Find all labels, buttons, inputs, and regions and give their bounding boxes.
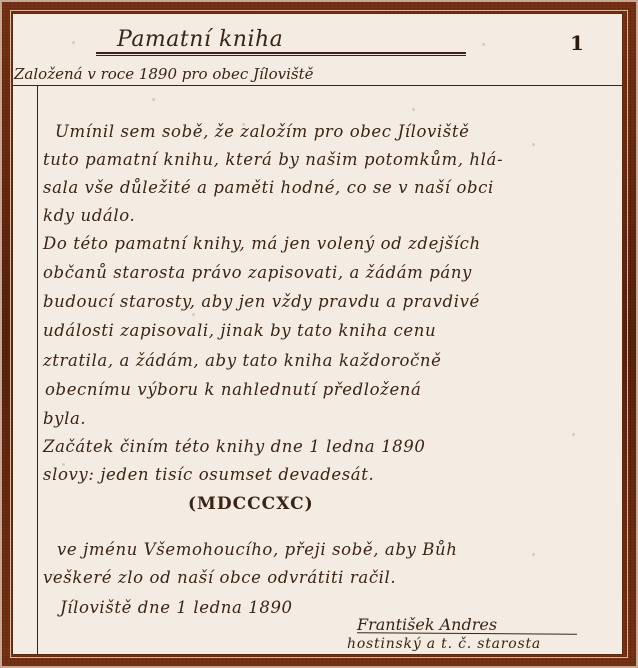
subtitle-rule bbox=[12, 85, 623, 86]
page-subtitle: Založená v roce 1890 pro obec Jíloviště bbox=[14, 65, 314, 83]
paper-speck bbox=[482, 43, 485, 46]
page-title: Pamatní kniha bbox=[117, 27, 283, 52]
text-line: Do této pamatní knihy, má jen volený od … bbox=[43, 234, 481, 253]
place-date-line: Jíloviště dne 1 ledna 1890 bbox=[60, 598, 293, 617]
roman-year: (MDCCCXC) bbox=[188, 494, 314, 514]
margin-line bbox=[37, 85, 38, 655]
page-number: 1 bbox=[570, 31, 584, 55]
text-line: Umínil sem sobě, že založím pro obec Jíl… bbox=[55, 122, 469, 141]
text-line: veškeré zlo od naší obce odvrátiti račil… bbox=[43, 568, 396, 587]
paper-speck bbox=[412, 108, 415, 111]
text-line: ztratila, a žádám, aby tato kniha každor… bbox=[43, 351, 441, 370]
paper-speck bbox=[532, 143, 535, 146]
text-line: kdy událo. bbox=[43, 206, 135, 225]
text-line: budoucí starosty, aby jen vždy pravdu a … bbox=[43, 292, 480, 311]
text-line: ve jménu Všemohoucího, přeji sobě, aby B… bbox=[57, 540, 457, 559]
text-line: Začátek činím této knihy dne 1 ledna 189… bbox=[43, 437, 425, 456]
text-line: sala vše důležité a paměti hodné, co se … bbox=[43, 178, 494, 197]
document-page: Pamatní kniha 1 Založená v roce 1890 pro… bbox=[12, 13, 623, 655]
title-underline-thin bbox=[96, 55, 466, 56]
title-underline bbox=[96, 52, 466, 54]
text-line: slovy: jeden tisíc osumset devadesát. bbox=[43, 465, 374, 484]
paper-speck bbox=[72, 41, 75, 44]
text-line: obecnímu výboru k nahlednutí předložená bbox=[45, 380, 421, 399]
signature-name: František Andres bbox=[357, 615, 497, 634]
paper-speck bbox=[192, 313, 195, 316]
paper-speck bbox=[152, 98, 155, 101]
signature-role: hostinský a t. č. starosta bbox=[347, 636, 541, 652]
paper-speck bbox=[532, 553, 535, 556]
text-line: občanů starosta právo zapisovati, a žádá… bbox=[43, 263, 472, 282]
paper-speck bbox=[572, 433, 575, 436]
text-line: byla. bbox=[43, 409, 86, 428]
text-line: tuto pamatní knihu, která by našim potom… bbox=[43, 150, 503, 169]
text-line: události zapisovali, jinak by tato kniha… bbox=[43, 321, 436, 340]
